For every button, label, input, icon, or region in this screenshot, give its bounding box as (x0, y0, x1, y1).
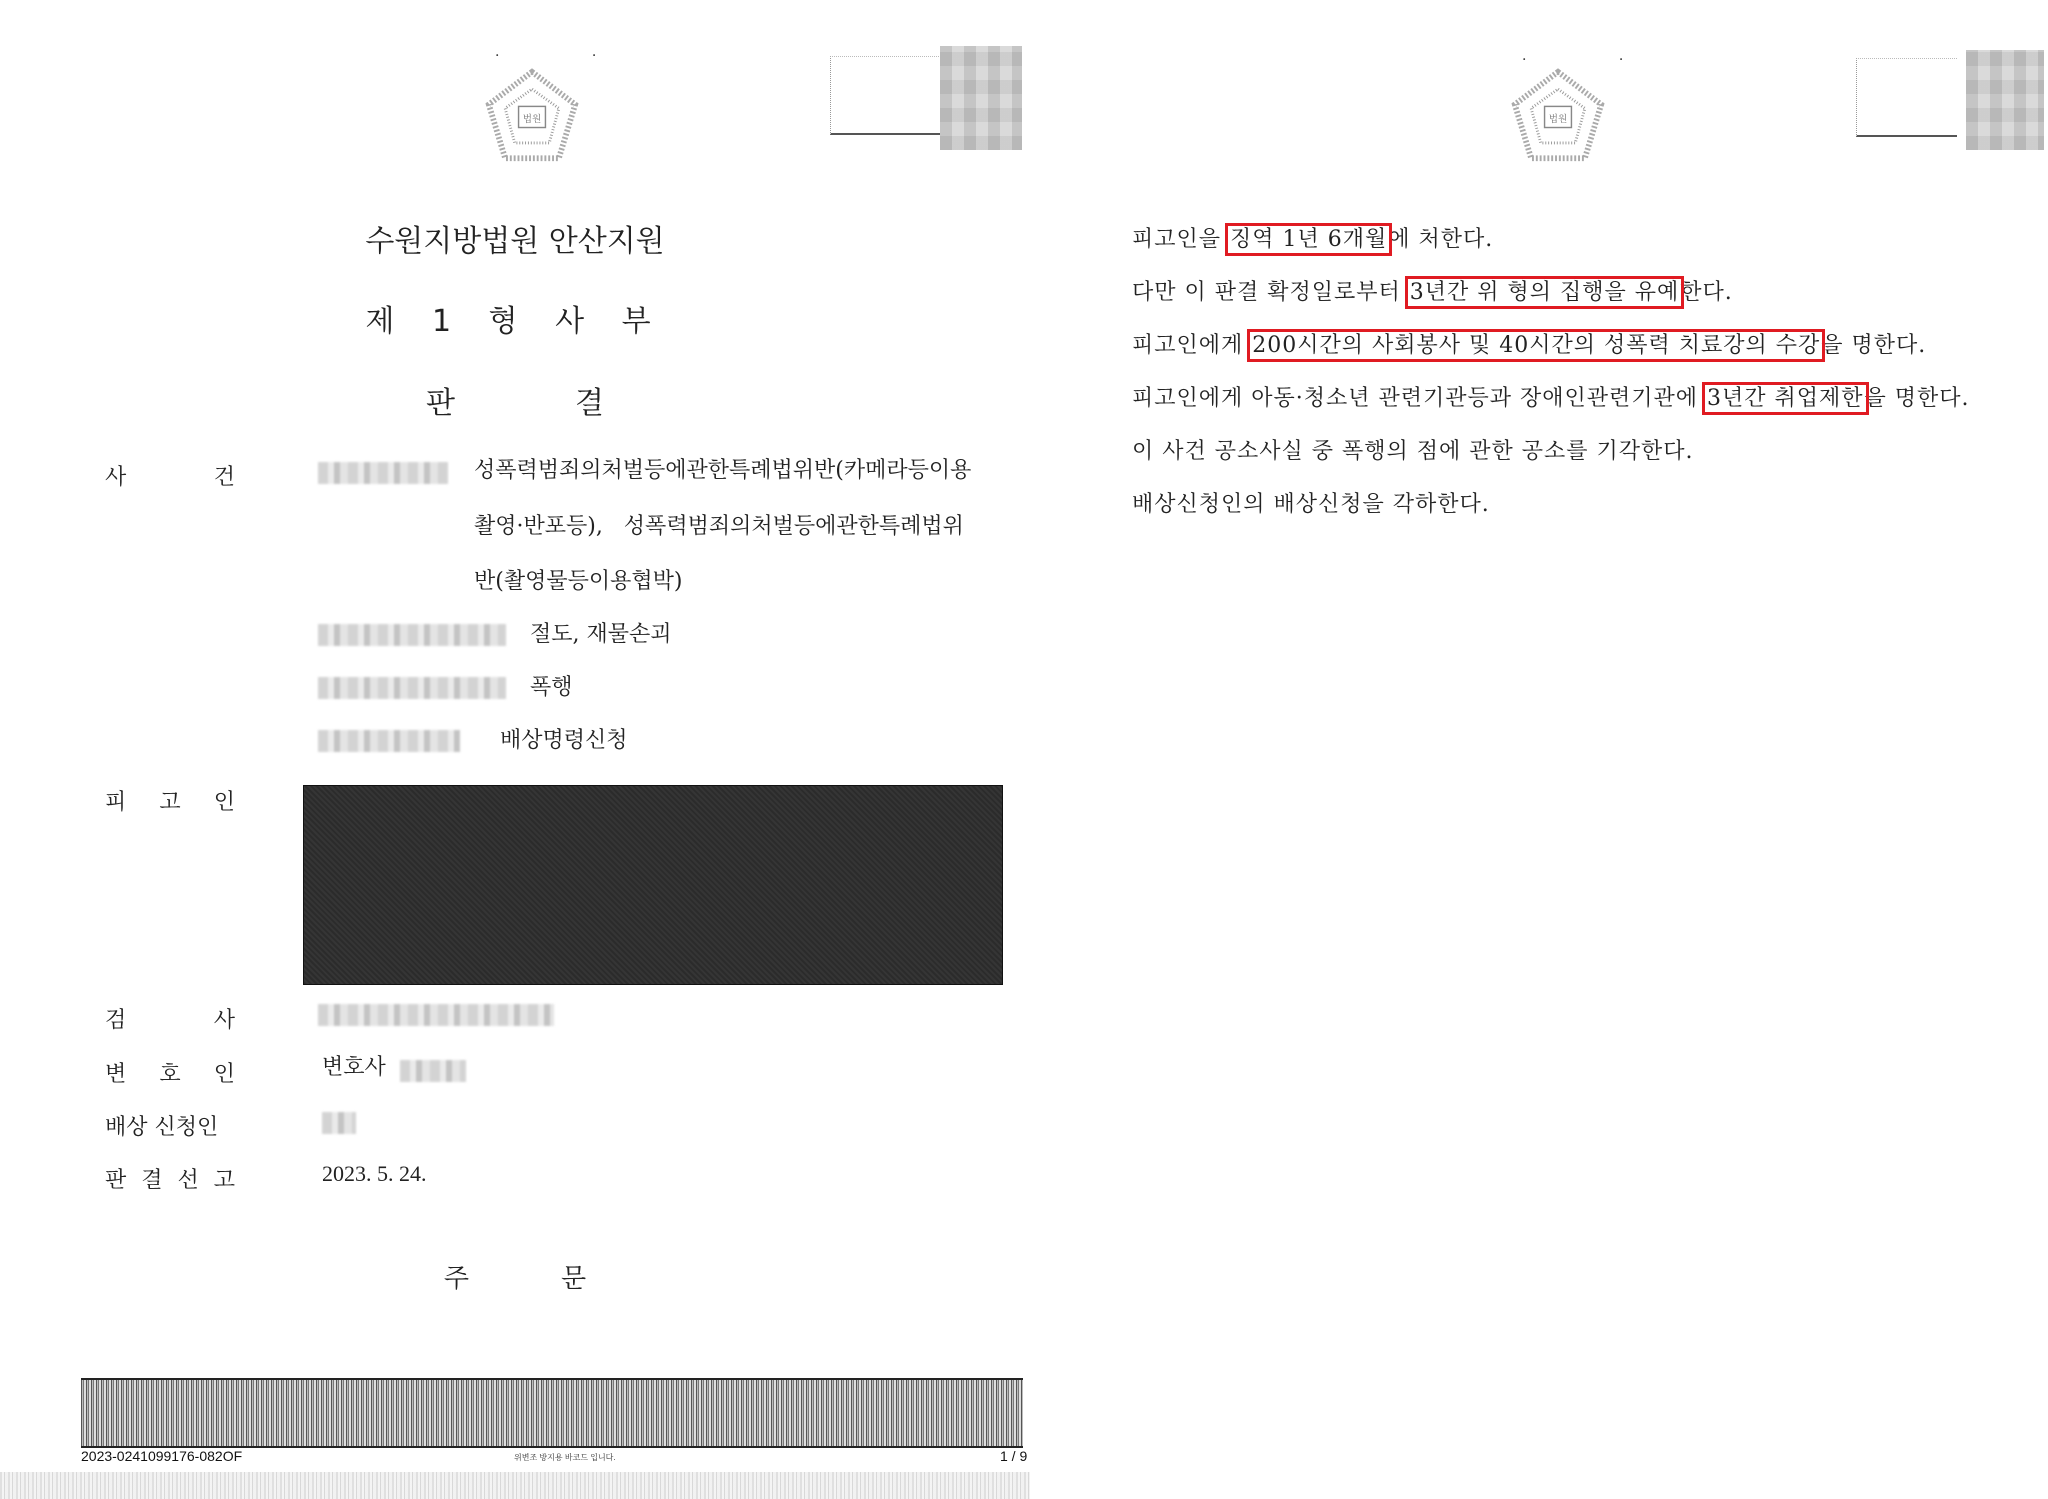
svg-text:법원: 법원 (1549, 113, 1568, 125)
label-char: 검 (105, 1003, 126, 1034)
case-number-blurred (318, 677, 506, 699)
judgment-page-1: · · 법원 수원지방법원 안산지원 제 1 형 사 부 판결 사건 성폭력범죄… (0, 0, 1030, 1499)
label-char: 결 (141, 1163, 162, 1194)
counsel-label: 변호인 (105, 1057, 235, 1088)
counsel-prefix: 변호사 (322, 1057, 386, 1079)
defendant-info-redacted (303, 785, 1003, 985)
main-text-heading: 주문 (0, 1258, 1030, 1295)
order-text: 피고인에게 아동·청소년 관련기관등과 장애인관련기관에 (1132, 386, 1706, 411)
highlighted-term: 200시간의 사회봉사 및 40시간의 성폭력 치료강의 수강 (1251, 333, 1821, 358)
doc-type-char: 판 (426, 378, 455, 422)
order-dismissal: 이 사건 공소사실 중 폭행의 점에 관한 공소를 기각한다. (1132, 434, 1693, 465)
order-text: 을 명한다. (1865, 386, 1970, 411)
case-number-blurred (318, 730, 460, 752)
label-char: 인 (214, 1057, 235, 1088)
case-number-blurred (318, 624, 506, 646)
label-char: 사 (214, 1003, 235, 1034)
charge-line: 배상명령신청 (500, 730, 628, 752)
anti-forgery-barcode (81, 1378, 1023, 1448)
order-text: 피고인에게 (1132, 333, 1251, 358)
label-char: 변 (105, 1057, 126, 1088)
order-sentence: 피고인을 징역 1년 6개월에 처한다. (1132, 222, 1493, 253)
order-text: 을 명한다. (1821, 333, 1926, 358)
label-char: 호 (159, 1057, 180, 1088)
scan-noise-strip (0, 1472, 1030, 1499)
svg-text:법원: 법원 (523, 113, 542, 125)
claimant-name-blurred (322, 1112, 356, 1134)
emblem-marks: · · (495, 48, 640, 64)
qr-code-blurred (1966, 50, 2044, 150)
highlighted-term: 3년간 위 형의 집행을 유예 (1409, 280, 1681, 305)
highlighted-term: 징역 1년 6개월 (1229, 227, 1388, 252)
page-number: 1 / 9 (1000, 1448, 1027, 1464)
charge-line: 폭행 (530, 677, 573, 699)
doc-type-char: 결 (575, 378, 604, 422)
label-char: 인 (214, 785, 235, 816)
order-claim-rejection: 배상신청인의 배상신청을 각하한다. (1132, 487, 1490, 518)
court-name: 수원지방법원 안산지원 (0, 216, 1030, 260)
document-type: 판결 (0, 378, 1030, 422)
claimant-label: 배상 신청인 (105, 1110, 235, 1141)
label-char: 고 (214, 1163, 235, 1194)
order-employment-restriction: 피고인에게 아동·청소년 관련기관등과 장애인관련기관에 3년간 취업제한을 명… (1132, 381, 1970, 412)
qr-code-blurred (940, 46, 1022, 150)
highlighted-term: 3년간 취업제한 (1706, 386, 1865, 411)
barcode-note: 위변조 방지용 바코드 입니다. (514, 1452, 616, 1463)
order-community-service: 피고인에게 200시간의 사회봉사 및 40시간의 성폭력 치료강의 수강을 명… (1132, 328, 1926, 359)
order-suspension: 다만 이 판결 확정일로부터 3년간 위 형의 집행을 유예한다. (1132, 275, 1733, 306)
stamp-box (1856, 58, 1957, 137)
case-label: 사건 (105, 460, 235, 491)
defendant-label: 피고인 (105, 785, 235, 816)
division-name: 제 1 형 사 부 (0, 296, 1030, 340)
label-char: 선 (177, 1163, 198, 1194)
stamp-box (830, 56, 941, 135)
order-text: 다만 이 판결 확정일로부터 (1132, 280, 1409, 305)
charge-line: 반(촬영물등이용협박) (474, 571, 682, 593)
label-char: 고 (159, 785, 180, 816)
order-text: 에 처한다. (1388, 227, 1493, 252)
label-char: 피 (105, 785, 126, 816)
prosecutor-names-blurred (318, 1004, 554, 1026)
charge-line: 촬영·반포등), 성폭력범죄의처벌등에관한특례법위 (474, 516, 964, 538)
label-char: 사 (105, 460, 126, 491)
document-id: 2023-0241099176-082OF (81, 1448, 242, 1464)
label-char: 건 (214, 460, 235, 491)
case-number-blurred (318, 462, 448, 484)
heading-char: 문 (561, 1264, 586, 1294)
counsel-name-blurred (400, 1060, 466, 1082)
verdict-date-label: 판결선고 (105, 1163, 235, 1194)
charge-line: 절도, 재물손괴 (530, 624, 672, 646)
verdict-date: 2023. 5. 24. (322, 1163, 427, 1185)
court-emblem-icon: 법원 (484, 64, 580, 168)
label-text: 배상 신청인 (105, 1110, 218, 1141)
order-text: 한다. (1680, 280, 1733, 305)
label-char: 판 (105, 1163, 126, 1194)
prosecutor-label: 검사 (105, 1003, 235, 1034)
order-text: 피고인을 (1132, 227, 1229, 252)
heading-char: 주 (444, 1264, 469, 1294)
charge-line: 성폭력범죄의처벌등에관한특례법위반(카메라등이용 (474, 460, 971, 482)
court-emblem-icon: 법원 (1510, 64, 1606, 168)
